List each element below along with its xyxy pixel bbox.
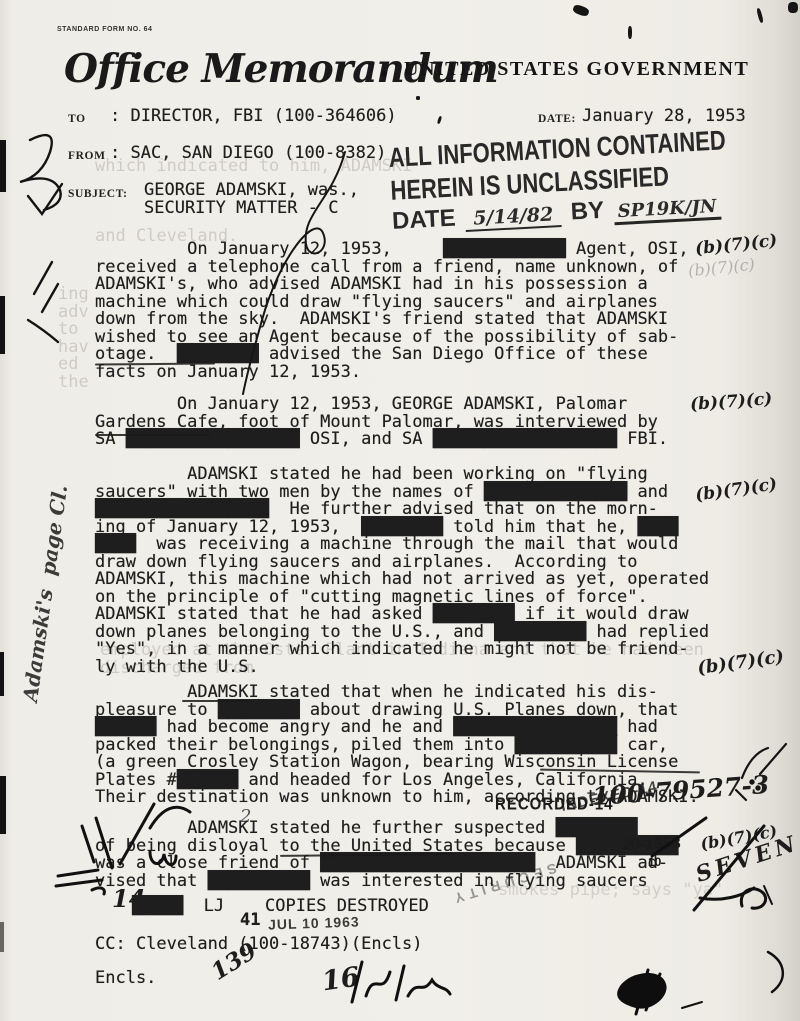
seven-slash-marks — [652, 818, 764, 910]
memo-page: STANDARD FORM NO. 64 Office Memorandum •… — [0, 0, 800, 1021]
bottom-right-ink-blob — [617, 970, 666, 1014]
top-left-flourish — [20, 135, 62, 342]
pen-scribbles — [0, 0, 800, 1021]
subject-pen-loop — [243, 152, 345, 394]
bottom-left-check-marks — [56, 804, 190, 894]
bottom-scribbles — [352, 886, 783, 1008]
right-margin-tick-marks — [736, 744, 786, 800]
